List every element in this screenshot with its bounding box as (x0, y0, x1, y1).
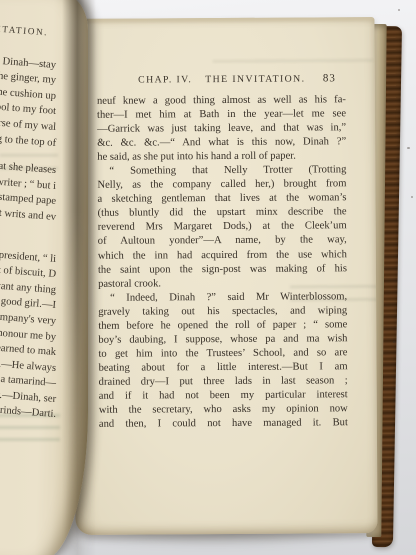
text-line: to get him into the Trustees’ School, an… (98, 346, 347, 362)
text-line: ther—I met him at Bath in the year—let m… (97, 107, 346, 123)
text-line: —Garrick was just taking leave, and that… (97, 121, 346, 137)
text-line: gravely taking out his spectacles, and w… (98, 304, 347, 320)
text-line: drained dry—I put three lads in last sea… (99, 374, 348, 390)
left-page: INVITATION.—And, Dinah—stayh, and the gi… (0, 0, 88, 555)
text-line: beating about for a little interest.—But… (99, 360, 348, 376)
page-number: 83 (323, 72, 336, 84)
text-line: them before he opened the roll of paper … (98, 318, 347, 334)
text-line: Nelly, as the company called her,) broug… (97, 178, 346, 194)
chapter-heading: CHAP. IV. (138, 74, 192, 85)
ink-showthrough (213, 59, 373, 73)
dust-speck (411, 196, 413, 198)
text-line: “ Something that Nelly Trotter (Trotting (97, 163, 346, 179)
text-line: and if it had not been my particular int… (99, 388, 348, 404)
text-line: which the inn had acquired from the use … (98, 248, 347, 264)
text-line: neuf knew a good thing almost as well as… (97, 93, 346, 109)
text-line: with the secretary, who asks my opinion … (99, 402, 348, 418)
text-line: and then, I could not have managed it. B… (99, 416, 348, 432)
text-line: reverend Mrs Margaret Dods,) at the Clee… (98, 220, 347, 236)
running-title: THE INVITATION. (205, 74, 305, 86)
text-line: “ Indeed, Dinah ?” said Mr Winterblossom… (98, 290, 347, 306)
text-line: he said, as she put into his hand a roll… (97, 149, 346, 165)
main-page: CHAP. IV.THE INVITATION. 83 neuf knew a … (72, 17, 377, 535)
book-photo: CHAP. IV.THE INVITATION. 83 neuf knew a … (0, 0, 416, 555)
text-line: (thus bluntly did the upstart minx descr… (98, 206, 347, 222)
body-text: neuf knew a good thing almost as well as… (97, 93, 348, 432)
text-line: the saint upon the sign-post was making … (98, 262, 347, 278)
left-page-text: INVITATION.—And, Dinah—stayh, and the gi… (0, 26, 56, 423)
dust-speck (393, 341, 395, 343)
text-line: a sketching gentleman that lives at the … (97, 192, 346, 208)
running-head: CHAP. IV.THE INVITATION. (97, 73, 347, 86)
text-line: pastoral crook. (98, 276, 347, 292)
dust-speck (407, 147, 410, 149)
dust-speck (398, 9, 400, 11)
text-line: &c. &c. &c.—“ And what is this now, Dina… (97, 135, 346, 151)
page-top-edge (72, 17, 374, 25)
text-line: of Aultoun yonder”—A name, by the way, (98, 234, 347, 250)
left-page-fragment: INVITATION. (0, 16, 57, 44)
page-header: CHAP. IV.THE INVITATION. 83 (97, 73, 347, 90)
text-line: boy’s daubing, I suppose, whose pa and m… (98, 332, 347, 348)
